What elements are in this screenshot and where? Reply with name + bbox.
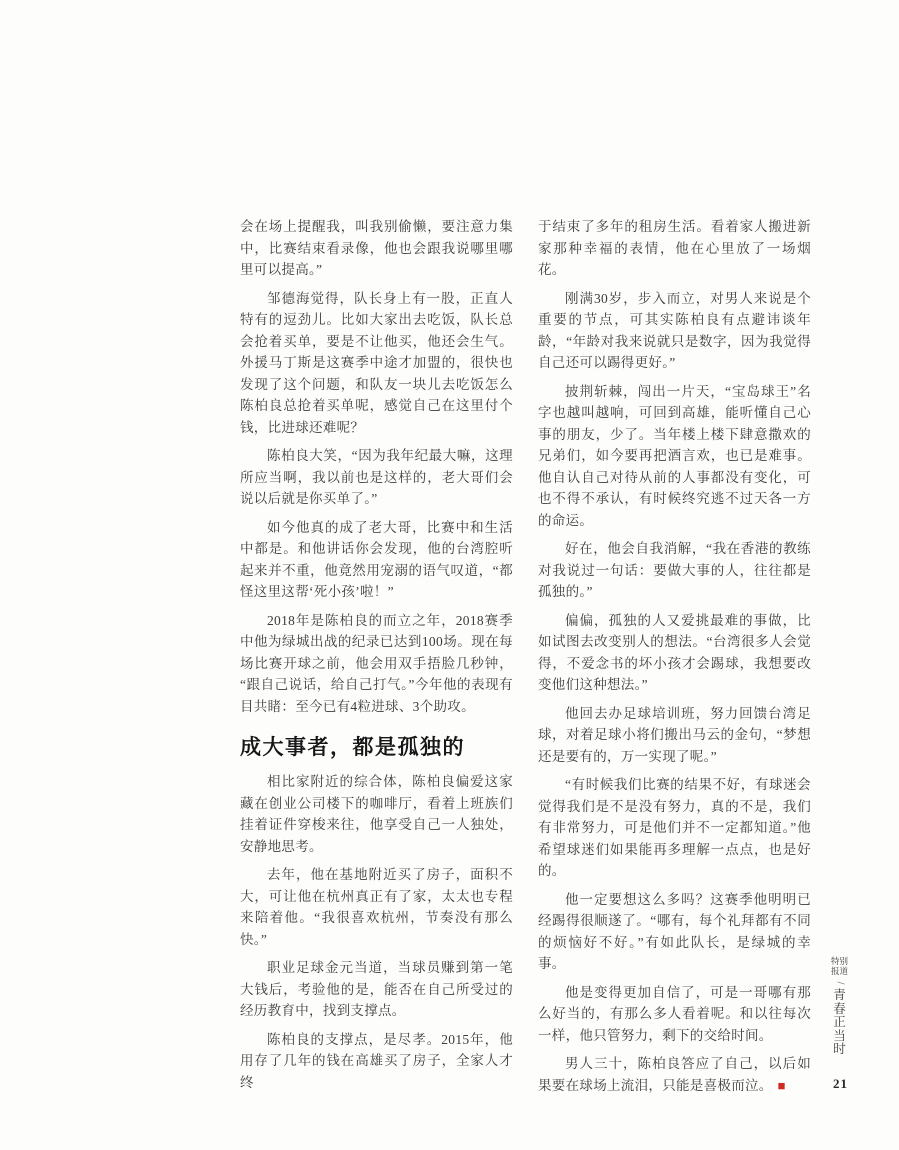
paragraph: 邹德海觉得，队长身上有一股，正直人特有的逗劲儿。比如大家出去吃饭，队长总会抢着买… — [240, 288, 513, 439]
article-end-mark: ■ — [778, 1078, 786, 1093]
right-column: 于结束了多年的租房生活。看着家人搬进新家那种幸福的表情，他在心里放了一场烟花。 … — [538, 216, 811, 1103]
paragraph-text: 男人三十，陈柏良答应了自己，以后如果要在球场上流泪，只能是喜极而泣。 — [538, 1056, 811, 1093]
section-heading: 成大事者，都是孤独的 — [240, 734, 513, 760]
paragraph: 偏偏，孤独的人又爱挑最难的事做，比如试图去改变别人的想法。“台湾很多人会觉得，不… — [538, 610, 811, 696]
paragraph: 他回去办足球培训班，努力回馈台湾足球，对着足球小将们搬出马云的金句，“梦想还是要… — [538, 703, 811, 768]
paragraph: 相比家附近的综合体，陈柏良偏爱这家藏在创业公司楼下的咖啡厅，看着上班族们挂着证件… — [240, 771, 513, 857]
slash-glyph: / — [835, 982, 845, 985]
paragraph: 2018年是陈柏良的而立之年，2018赛季中他为绿城出战的纪录已达到100场。现… — [240, 610, 513, 718]
paragraph: 陈柏良的支撑点，是尽孝。2015年，他用存了几年的钱在高雄买了房子，全家人才终 — [240, 1029, 513, 1094]
paragraph: 如今他真的成了老大哥，比赛中和生活中都是。和他讲话你会发现，他的台湾腔听起来并不… — [240, 517, 513, 603]
paragraph: 他是变得更加自信了，可是一哥哪有那么好当的，有那么多人看着呢。和以往每次一样，他… — [538, 982, 811, 1047]
sidebar-section-label: 特别报道 — [831, 956, 848, 976]
magazine-page: 会在场上提醒我，叫我别偷懒，要注意力集中，比赛结束看录像，他也会跟我说哪里哪里可… — [0, 0, 899, 1150]
paragraph: 职业足球金元当道，当球员赚到第一笔大钱后，考验他的是，能否在自己所受过的经历教育… — [240, 957, 513, 1022]
paragraph: 披荆斩棘，闯出一片天，“宝岛球王”名字也越叫越响，可回到高雄，能听懂自己心事的朋… — [538, 381, 811, 532]
paragraph: 男人三十，陈柏良答应了自己，以后如果要在球场上流泪，只能是喜极而泣。■ — [538, 1053, 811, 1096]
left-column: 会在场上提醒我，叫我别偷懒，要注意力集中，比赛结束看录像，他也会跟我说哪里哪里可… — [240, 216, 513, 1100]
paragraph: 刚满30岁，步入而立，对男人来说是个重要的节点，可其实陈柏良有点避讳谈年龄，“年… — [538, 288, 811, 374]
paragraph: “有时候我们比赛的结果不好，有球迷会觉得我们是不是没有努力，真的不是，我们有非常… — [538, 774, 811, 882]
page-number: 21 — [833, 1076, 848, 1092]
paragraph: 于结束了多年的租房生活。看着家人搬进新家那种幸福的表情，他在心里放了一场烟花。 — [538, 216, 811, 281]
paragraph: 陈柏良大笑，“因为我年纪最大嘛，这理所应当啊，我以前也是这样的，老大哥们会说以后… — [240, 445, 513, 510]
sidebar-article-label: 青春正当时 — [831, 989, 848, 1057]
paragraph: 去年，他在基地附近买了房子，面积不大，可让他在杭州真正有了家，太太也专程来陪着他… — [240, 864, 513, 950]
paragraph: 会在场上提醒我，叫我别偷懒，要注意力集中，比赛结束看录像，他也会跟我说哪里哪里可… — [240, 216, 513, 281]
paragraph: 好在，他会自我消解，“我在香港的教练对我说过一句话：要做大事的人，往往都是孤独的… — [538, 538, 811, 603]
sidebar-separator-slash: / — [831, 978, 848, 988]
sidebar-vertical-label: 特别报道 / 青春正当时 — [831, 956, 848, 1057]
paragraph: 他一定要想这么多吗？这赛季他明明已经踢得很顺遂了。“哪有，每个礼拜都有不同的烦恼… — [538, 889, 811, 975]
